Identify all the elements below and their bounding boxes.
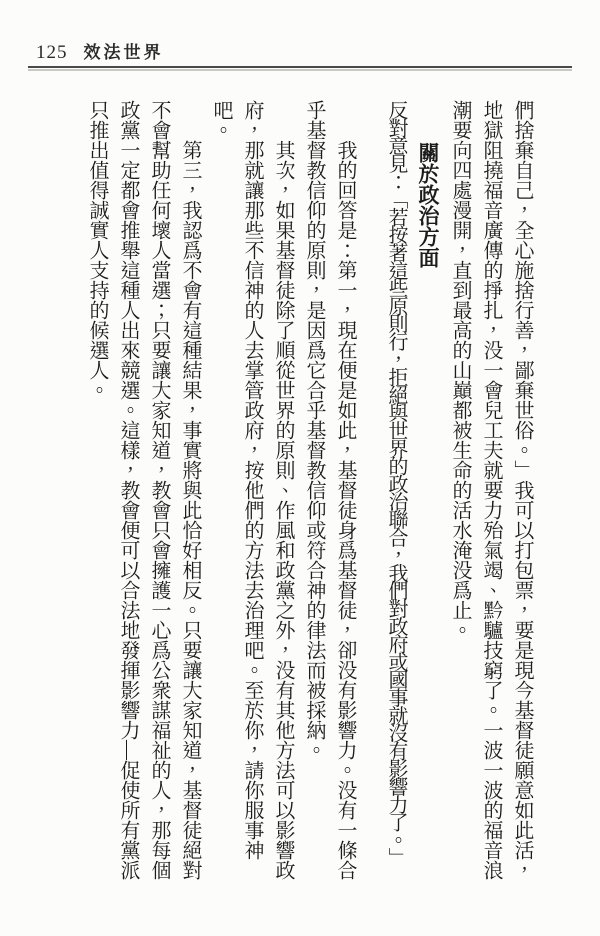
answer-paragraph-first: 我的回答是：第一，現在便是如此，基督徒身爲基督徒，卻没有影響力。没有一條合乎基督… bbox=[298, 100, 360, 882]
header-rule bbox=[28, 66, 572, 68]
book-page: 125 效法世界 們捨棄自己，全心施捨行善，鄙棄世俗。」我可以打包票，要是現今基… bbox=[0, 0, 600, 936]
section-heading: 關於政治方面 bbox=[411, 100, 444, 882]
answer-paragraph-third: 第三，我認爲不會有這種結果，事實將與此恰好相反。只要讓大家知道，基督徒絕對不會幫… bbox=[81, 100, 205, 882]
objection-paragraph: 反對意見：「若按著這些原則行，拒絕與世界的政治聯合，我們對政府或國事就沒有影響力… bbox=[380, 100, 411, 882]
paragraph-continuation: 們捨棄自己，全心施捨行善，鄙棄世俗。」我可以打包票，要是現今基督徒願意如此活，地… bbox=[444, 100, 537, 882]
page-number: 125 bbox=[36, 42, 68, 64]
page-header: 125 效法世界 bbox=[36, 38, 164, 64]
answer-paragraph-second: 其次，如果基督徒除了順從世界的原則、作風和政黨之外，没有其他方法可以影響政府，那… bbox=[205, 100, 298, 882]
body-text: 們捨棄自己，全心施捨行善，鄙棄世俗。」我可以打包票，要是現今基督徒願意如此活，地… bbox=[81, 100, 537, 882]
running-title: 效法世界 bbox=[84, 38, 164, 63]
